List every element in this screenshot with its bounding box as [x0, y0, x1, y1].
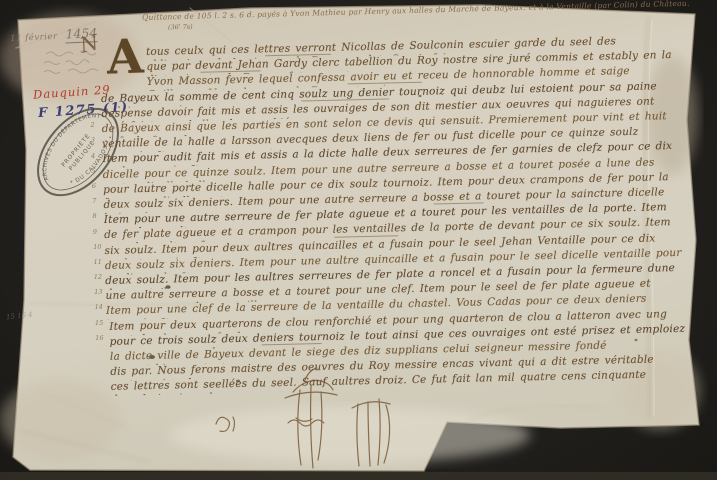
margin-line-number: 8 [92, 212, 102, 227]
manuscript-text-block: tous ceulx qui ces lettres verront Nicol… [0, 0, 717, 480]
margin-line-number: 2 [90, 121, 100, 136]
scanner-table-edge [0, 472, 717, 480]
margin-line-number: 3 [91, 136, 101, 151]
margin-line-number: 16 [95, 334, 105, 349]
archive-scan: ARCHIVES DU DÉPARTEMENT * DU CALVADOS * … [0, 0, 717, 480]
margin-line-number: 15 [95, 318, 105, 333]
margin-line-number: 11 [93, 258, 103, 273]
margin-line-number: 6 [92, 182, 102, 197]
margin-line-number: 13 [94, 288, 104, 303]
margin-line-number: 9 [93, 227, 103, 242]
margin-line-number: 12 [94, 273, 104, 288]
margin-line-number: 1 [90, 106, 100, 121]
margin-line-number: 7 [92, 197, 102, 212]
margin-line-number: 5 [91, 167, 101, 182]
margin-line-number: 14 [94, 303, 104, 318]
margin-line-number: 4 [91, 151, 101, 166]
margin-line-number: 10 [93, 242, 103, 257]
